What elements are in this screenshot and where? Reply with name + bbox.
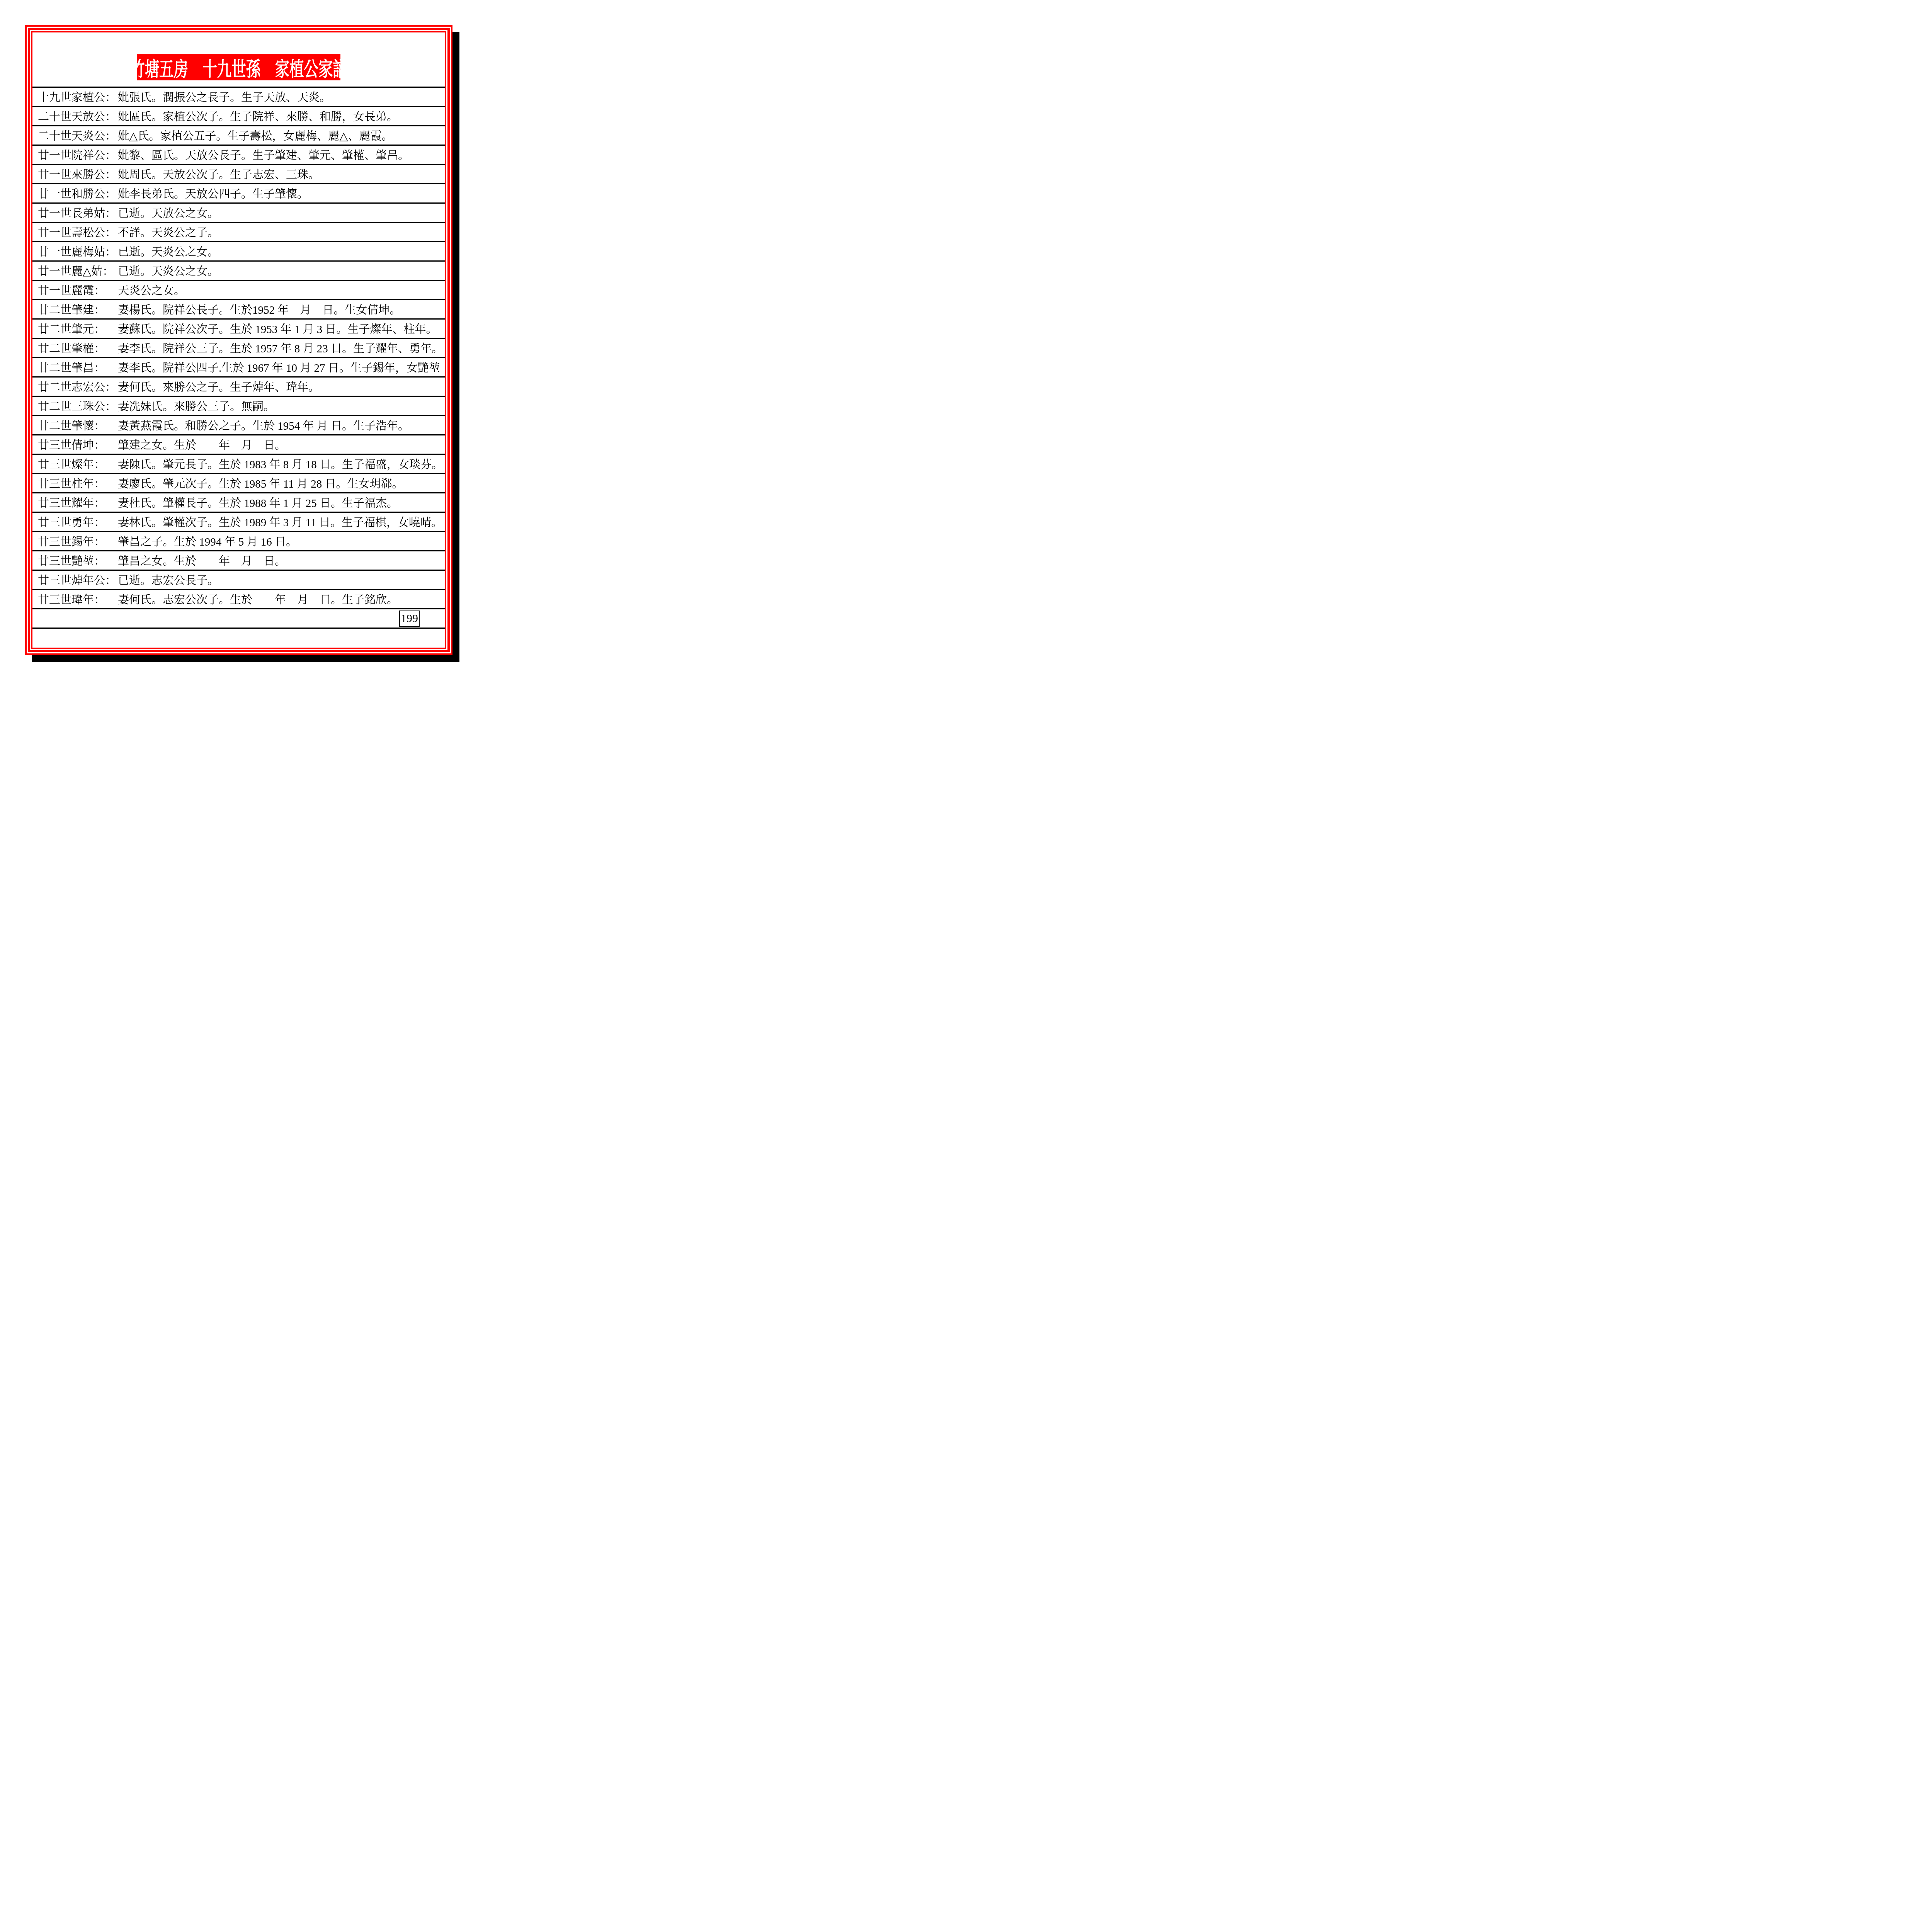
- row-text: 肇昌之女。生於 年 月 日。: [118, 553, 445, 568]
- page-number-row: 199: [32, 609, 445, 629]
- row-text: 妣黎、區氏。天放公長子。生子肇建、肇元、肇權、肇昌。: [118, 147, 445, 163]
- row-label: 廿三世艷堃：: [38, 553, 118, 568]
- table-row: 廿二世三珠公： 妻冼妹氏。來勝公三子。無嗣。: [32, 397, 445, 416]
- row-label: 廿二世肇昌：: [38, 359, 118, 375]
- row-text: 妻何氏。來勝公之子。生子焯年、瑋年。: [118, 379, 445, 395]
- table-row: 廿二世肇元： 妻蘇氏。院祥公次子。生於 1953 年 1 月 3 日。生子燦年、…: [32, 320, 445, 339]
- table-row: 廿三世柱年： 妻廖氏。肇元次子。生於 1985 年 11 月 28 日。生女玥郗…: [32, 474, 445, 493]
- title-banner: 竹塘五房 十九世孫 家植公家譜: [137, 54, 340, 80]
- row-text: 已逝。志宏公長子。: [118, 572, 445, 588]
- row-text: 妣區氏。家植公次子。生子院祥、來勝、和勝，女長弟。: [118, 108, 445, 124]
- row-label: 廿二世三珠公：: [38, 398, 118, 414]
- row-text: 妻何氏。志宏公次子。生於 年 月 日。生子銘欣。: [118, 591, 445, 607]
- page-number: 199: [401, 613, 418, 624]
- row-text: 妣△氏。家植公五子。生子壽松，女麗梅、麗△、麗霞。: [118, 128, 445, 143]
- row-label: 廿一世來勝公：: [38, 166, 118, 182]
- table-row: 廿三世燦年： 妻陳氏。肇元長子。生於 1983 年 8 月 18 日。生子福盛，…: [32, 455, 445, 474]
- row-label: 廿二世肇懷：: [38, 417, 118, 433]
- row-text: 已逝。天炎公之女。: [118, 243, 445, 259]
- table-row: 十九世家植公： 妣張氏。潤振公之長子。生子天放、天炎。: [32, 88, 445, 107]
- row-label: 廿三世燦年：: [38, 456, 118, 472]
- table-row: 廿三世瑋年： 妻何氏。志宏公次子。生於 年 月 日。生子銘欣。: [32, 590, 445, 609]
- table-row: 廿三世焯年公： 已逝。志宏公長子。: [32, 571, 445, 590]
- row-text: 妣周氏。天放公次子。生子志宏、三珠。: [118, 166, 445, 182]
- row-text: 妣張氏。潤振公之長子。生子天放、天炎。: [118, 89, 445, 105]
- row-label: 廿三世錫年：: [38, 533, 118, 549]
- table-row: 廿二世肇權： 妻李氏。院祥公三子。生於 1957 年 8 月 23 日。生子耀年…: [32, 339, 445, 358]
- table-row: 廿三世倩坤： 肇建之女。生於 年 月 日。: [32, 435, 445, 455]
- row-label: 廿一世麗△姑：: [38, 263, 118, 279]
- row-text: 妻蘇氏。院祥公次子。生於 1953 年 1 月 3 日。生子燦年、柱年。: [118, 321, 445, 337]
- table-row: 廿一世麗梅姑： 已逝。天炎公之女。: [32, 242, 445, 262]
- row-label: 廿二世肇元：: [38, 321, 118, 337]
- table-row: 廿三世耀年： 妻杜氏。肇權長子。生於 1988 年 1 月 25 日。生子福杰。: [32, 493, 445, 513]
- row-text: 妻黃燕霞氏。和勝公之子。生於 1954 年 月 日。生子浩年。: [118, 417, 445, 433]
- table-row: 廿二世肇懷： 妻黃燕霞氏。和勝公之子。生於 1954 年 月 日。生子浩年。: [32, 416, 445, 435]
- row-label: 廿一世和勝公：: [38, 185, 118, 201]
- table-row: 二十世天放公： 妣區氏。家植公次子。生子院祥、來勝、和勝，女長弟。: [32, 107, 445, 126]
- row-text: 不詳。天炎公之子。: [118, 224, 445, 240]
- row-label: 廿二世志宏公：: [38, 379, 118, 395]
- red-triple-border-frame: 竹塘五房 十九世孫 家植公家譜 十九世家植公： 妣張氏。潤振公之長子。生子天放、…: [31, 31, 446, 649]
- row-text: 肇建之女。生於 年 月 日。: [118, 437, 445, 452]
- row-label: 廿三世耀年：: [38, 495, 118, 510]
- genealogy-page: 竹塘五房 十九世孫 家植公家譜 十九世家植公： 妣張氏。潤振公之長子。生子天放、…: [25, 25, 452, 655]
- table-row: 廿二世肇建： 妻楊氏。院祥公長子。生於1952 年 月 日。生女倩坤。: [32, 300, 445, 320]
- table-row: 廿一世麗△姑： 已逝。天炎公之女。: [32, 262, 445, 281]
- table-row: 廿一世麗霞： 天炎公之女。: [32, 281, 445, 300]
- table-row: 廿三世勇年： 妻林氏。肇權次子。生於 1989 年 3 月 11 日。生子福棋，…: [32, 513, 445, 532]
- row-label: 十九世家植公：: [38, 89, 118, 105]
- row-label: 廿二世肇權：: [38, 340, 118, 356]
- table-row: 廿三世錫年： 肇昌之子。生於 1994 年 5 月 16 日。: [32, 532, 445, 551]
- row-text: 妣李長弟氏。天放公四子。生子肇懷。: [118, 185, 445, 201]
- row-text: 妻李氏。院祥公三子。生於 1957 年 8 月 23 日。生子耀年、勇年。: [118, 340, 445, 356]
- table-row: 廿一世壽松公： 不詳。天炎公之子。: [32, 223, 445, 242]
- table-row: 廿一世和勝公： 妣李長弟氏。天放公四子。生子肇懷。: [32, 184, 445, 204]
- page-title: 竹塘五房 十九世孫 家植公家譜: [130, 53, 347, 82]
- row-label: 廿二世肇建：: [38, 301, 118, 317]
- row-text: 妻陳氏。肇元長子。生於 1983 年 8 月 18 日。生子福盛，女琰芬。: [118, 456, 445, 472]
- row-label: 廿三世柱年：: [38, 475, 118, 491]
- table-row: 廿二世志宏公： 妻何氏。來勝公之子。生子焯年、瑋年。: [32, 378, 445, 397]
- row-text: 妻李氏。院祥公四子.生於 1967 年 10 月 27 日。生子錫年，女艷堃: [118, 359, 445, 375]
- table-row: 廿三世艷堃： 肇昌之女。生於 年 月 日。: [32, 551, 445, 571]
- row-label: 廿一世壽松公：: [38, 224, 118, 240]
- row-text: 妻冼妹氏。來勝公三子。無嗣。: [118, 398, 445, 414]
- table-row: 廿一世長弟姑： 已逝。天放公之女。: [32, 204, 445, 223]
- row-label: 廿三世勇年：: [38, 514, 118, 530]
- row-text: 已逝。天炎公之女。: [118, 263, 445, 279]
- row-label: 廿一世院祥公：: [38, 147, 118, 163]
- row-label: 二十世天炎公：: [38, 128, 118, 143]
- genealogy-table: 十九世家植公： 妣張氏。潤振公之長子。生子天放、天炎。 二十世天放公： 妣區氏。…: [32, 87, 445, 629]
- row-text: 已逝。天放公之女。: [118, 205, 445, 221]
- row-label: 廿一世麗霞：: [38, 282, 118, 298]
- table-row: 廿一世來勝公： 妣周氏。天放公次子。生子志宏、三珠。: [32, 165, 445, 184]
- row-text: 妻林氏。肇權次子。生於 1989 年 3 月 11 日。生子福棋，女曉晴。: [118, 514, 445, 530]
- row-label: 二十世天放公：: [38, 108, 118, 124]
- row-text: 肇昌之子。生於 1994 年 5 月 16 日。: [118, 533, 445, 549]
- page-number-box: 199: [399, 611, 420, 627]
- row-label: 廿一世長弟姑：: [38, 205, 118, 221]
- table-row: 廿一世院祥公： 妣黎、區氏。天放公長子。生子肇建、肇元、肇權、肇昌。: [32, 146, 445, 165]
- row-label: 廿一世麗梅姑：: [38, 243, 118, 259]
- table-row: 廿二世肇昌： 妻李氏。院祥公四子.生於 1967 年 10 月 27 日。生子錫…: [32, 358, 445, 378]
- table-row: 二十世天炎公： 妣△氏。家植公五子。生子壽松，女麗梅、麗△、麗霞。: [32, 126, 445, 146]
- row-label: 廿三世倩坤：: [38, 437, 118, 452]
- row-text: 妻楊氏。院祥公長子。生於1952 年 月 日。生女倩坤。: [118, 301, 445, 317]
- row-label: 廿三世焯年公：: [38, 572, 118, 588]
- row-text: 天炎公之女。: [118, 282, 445, 298]
- row-text: 妻杜氏。肇權長子。生於 1988 年 1 月 25 日。生子福杰。: [118, 495, 445, 510]
- row-text: 妻廖氏。肇元次子。生於 1985 年 11 月 28 日。生女玥郗。: [118, 475, 445, 491]
- row-label: 廿三世瑋年：: [38, 591, 118, 607]
